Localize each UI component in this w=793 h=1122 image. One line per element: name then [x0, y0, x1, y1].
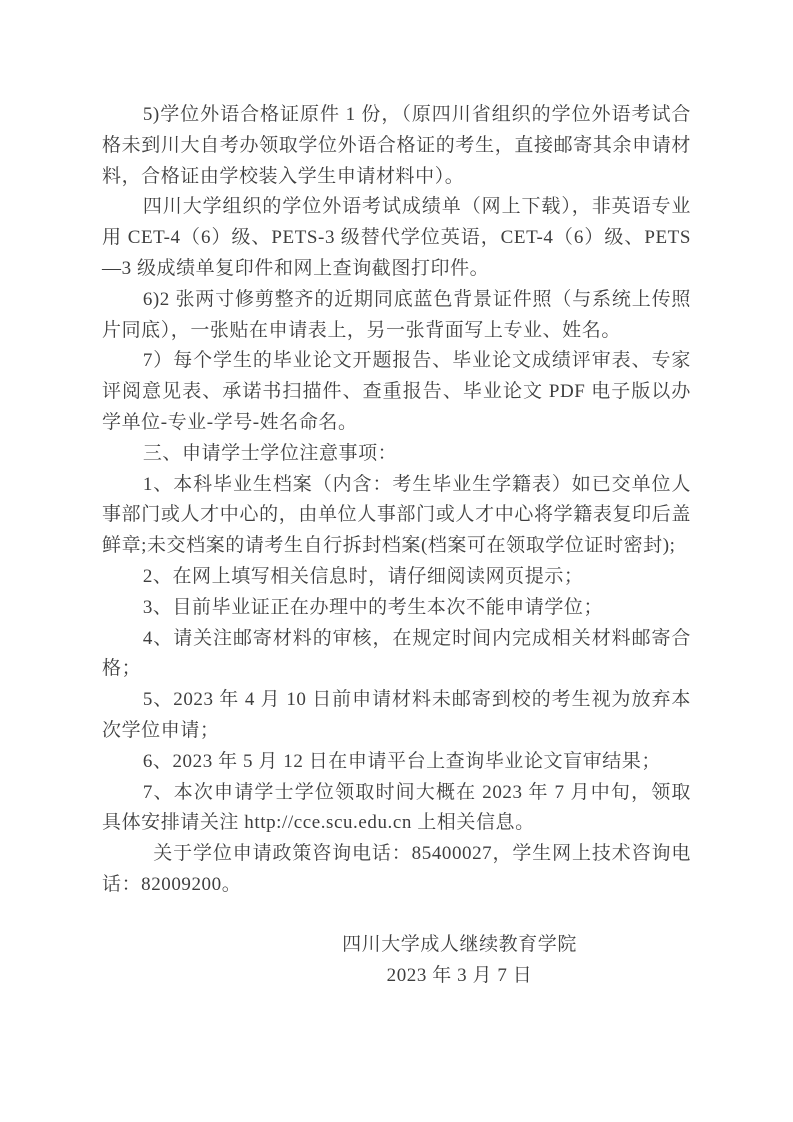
paragraph: 四川大学组织的学位外语考试成绩单（网上下载），非英语专业用 CET-4（6）级、…: [102, 192, 691, 284]
paragraph: 7、本次申请学士学位领取时间大概在 2023 年 7 月中旬，领取具体安排请关注…: [102, 778, 691, 840]
signature-organization: 四川大学成人继续教育学院: [228, 930, 691, 961]
paragraph: 5、2023 年 4 月 10 日前申请材料未邮寄到校的考生视为放弃本次学位申请…: [102, 685, 691, 747]
paragraph: 6、2023 年 5 月 12 日在申请平台上查询毕业论文盲审结果；: [102, 747, 691, 778]
paragraph: 6)2 张两寸修剪整齐的近期同底蓝色背景证件照（与系统上传照片同底），一张贴在申…: [102, 285, 691, 347]
paragraph: 关于学位申请政策咨询电话：85400027，学生网上技术咨询电话：8200920…: [102, 839, 691, 901]
paragraph: 5)学位外语合格证原件 1 份，（原四川省组织的学位外语考试合格未到川大自考办领…: [102, 100, 691, 192]
paragraph: 7）每个学生的毕业论文开题报告、毕业论文成绩评审表、专家评阅意见表、承诺书扫描件…: [102, 346, 691, 438]
paragraph: 三、申请学士学位注意事项：: [102, 439, 691, 470]
document-page: 5)学位外语合格证原件 1 份，（原四川省组织的学位外语考试合格未到川大自考办领…: [0, 0, 793, 1122]
paragraph: 1、本科毕业生档案（内含：考生毕业生学籍表）如已交单位人事部门或人才中心的，由单…: [102, 470, 691, 562]
signature-date: 2023 年 3 月 7 日: [228, 961, 691, 992]
paragraph: 4、请关注邮寄材料的审核，在规定时间内完成相关材料邮寄合格；: [102, 624, 691, 686]
paragraph-container: 5)学位外语合格证原件 1 份，（原四川省组织的学位外语考试合格未到川大自考办领…: [102, 100, 691, 901]
paragraph: 2、在网上填写相关信息时，请仔细阅读网页提示；: [102, 562, 691, 593]
signature-block: 四川大学成人继续教育学院 2023 年 3 月 7 日: [228, 930, 691, 992]
paragraph: 3、目前毕业证正在办理中的考生本次不能申请学位；: [102, 593, 691, 624]
